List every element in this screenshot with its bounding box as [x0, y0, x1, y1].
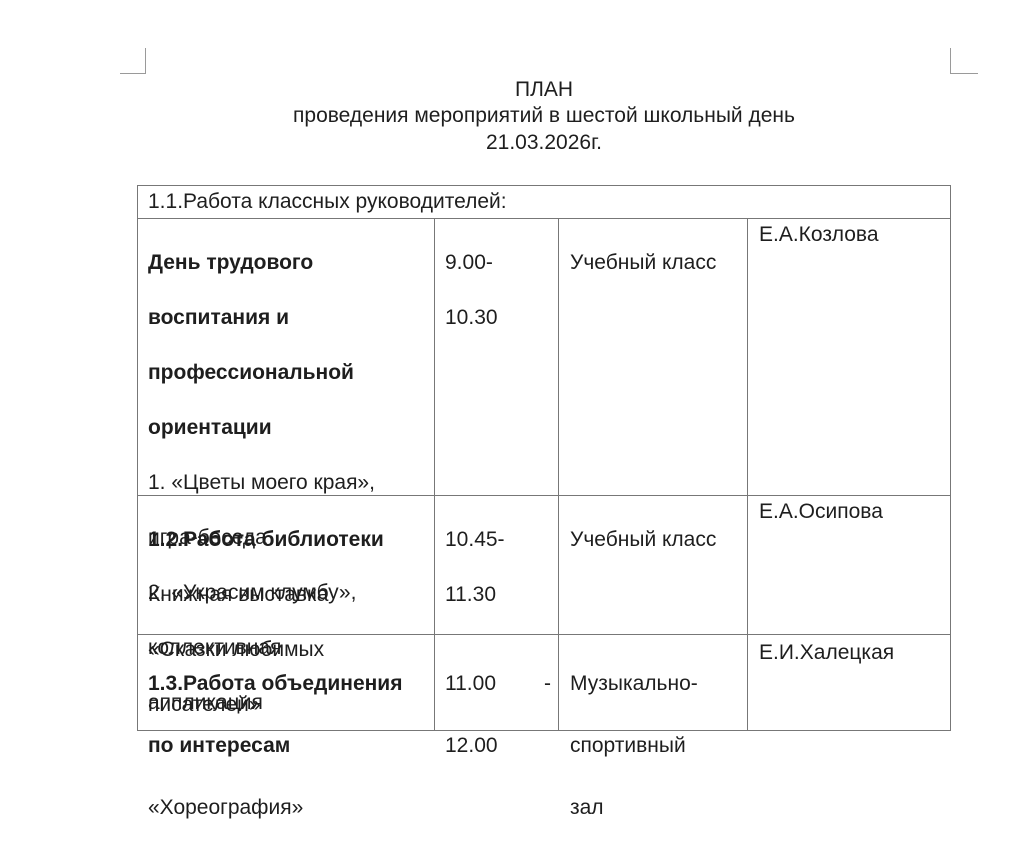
event-detail-line: 1. «Цветы моего края», — [148, 469, 375, 497]
crop-mark-top-left — [120, 48, 146, 74]
location-line: Учебный класс — [570, 249, 716, 277]
event-heading-line: 1.2.Работа библиотеки — [148, 526, 384, 554]
time-line: 11.00 - — [445, 668, 551, 699]
event-heading-line: День трудового — [148, 249, 375, 277]
event-heading-line: воспитания и — [148, 304, 375, 332]
location-line: спортивный — [570, 730, 698, 761]
time-line: 12.00 — [445, 730, 551, 761]
column-divider — [434, 218, 436, 730]
location-line: Учебный класс — [570, 526, 716, 554]
time-line: 10.45- — [445, 526, 505, 554]
time-line: 10.30 — [445, 304, 498, 332]
table-row-3-event: 1.3.Работа объединения по интересам «Хор… — [148, 637, 402, 851]
table-row-3-location: Музыкально- спортивный зал — [570, 637, 698, 851]
table-row-2-location: Учебный класс — [570, 498, 716, 581]
crop-mark-top-right — [950, 48, 978, 74]
document-title: ПЛАН — [137, 78, 951, 102]
table-row-2-responsible: Е.А.Осипова — [759, 498, 883, 526]
location-line: зал — [570, 792, 698, 823]
document-subtitle: проведения мероприятий в шестой школьный… — [137, 104, 951, 128]
time-separator: - — [544, 668, 551, 699]
section-title: 1.1.Работа классных руководителей: — [148, 188, 507, 215]
table-row-2-time: 10.45- 11.30 — [445, 498, 505, 636]
column-divider — [558, 218, 560, 730]
event-heading-line: ориентации — [148, 414, 375, 442]
table-row-3-time: 11.00 - 12.00 — [445, 637, 551, 792]
plan-table: 1.1.Работа классных руководителей: День … — [137, 185, 951, 731]
table-row-1-time: 9.00- 10.30 — [445, 221, 498, 359]
table-row-1-location: Учебный класс — [570, 221, 716, 304]
event-detail-line: «Хореография» — [148, 792, 402, 823]
table-row-1-responsible: Е.А.Козлова — [759, 221, 879, 249]
column-divider — [747, 218, 749, 730]
event-heading-line: по интересам — [148, 730, 402, 761]
event-heading-line: профессиональной — [148, 359, 375, 387]
location-line: Музыкально- — [570, 668, 698, 699]
event-heading-line: 1.3.Работа объединения — [148, 668, 402, 699]
time-line: 9.00- — [445, 249, 498, 277]
time-start: 11.00 — [445, 668, 496, 699]
document-date: 21.03.2026г. — [137, 131, 951, 155]
time-line: 11.30 — [445, 581, 505, 609]
event-detail-line: Книжная выставка — [148, 581, 384, 609]
table-row-3-responsible: Е.И.Халецкая — [759, 637, 894, 668]
row-divider — [138, 218, 950, 220]
